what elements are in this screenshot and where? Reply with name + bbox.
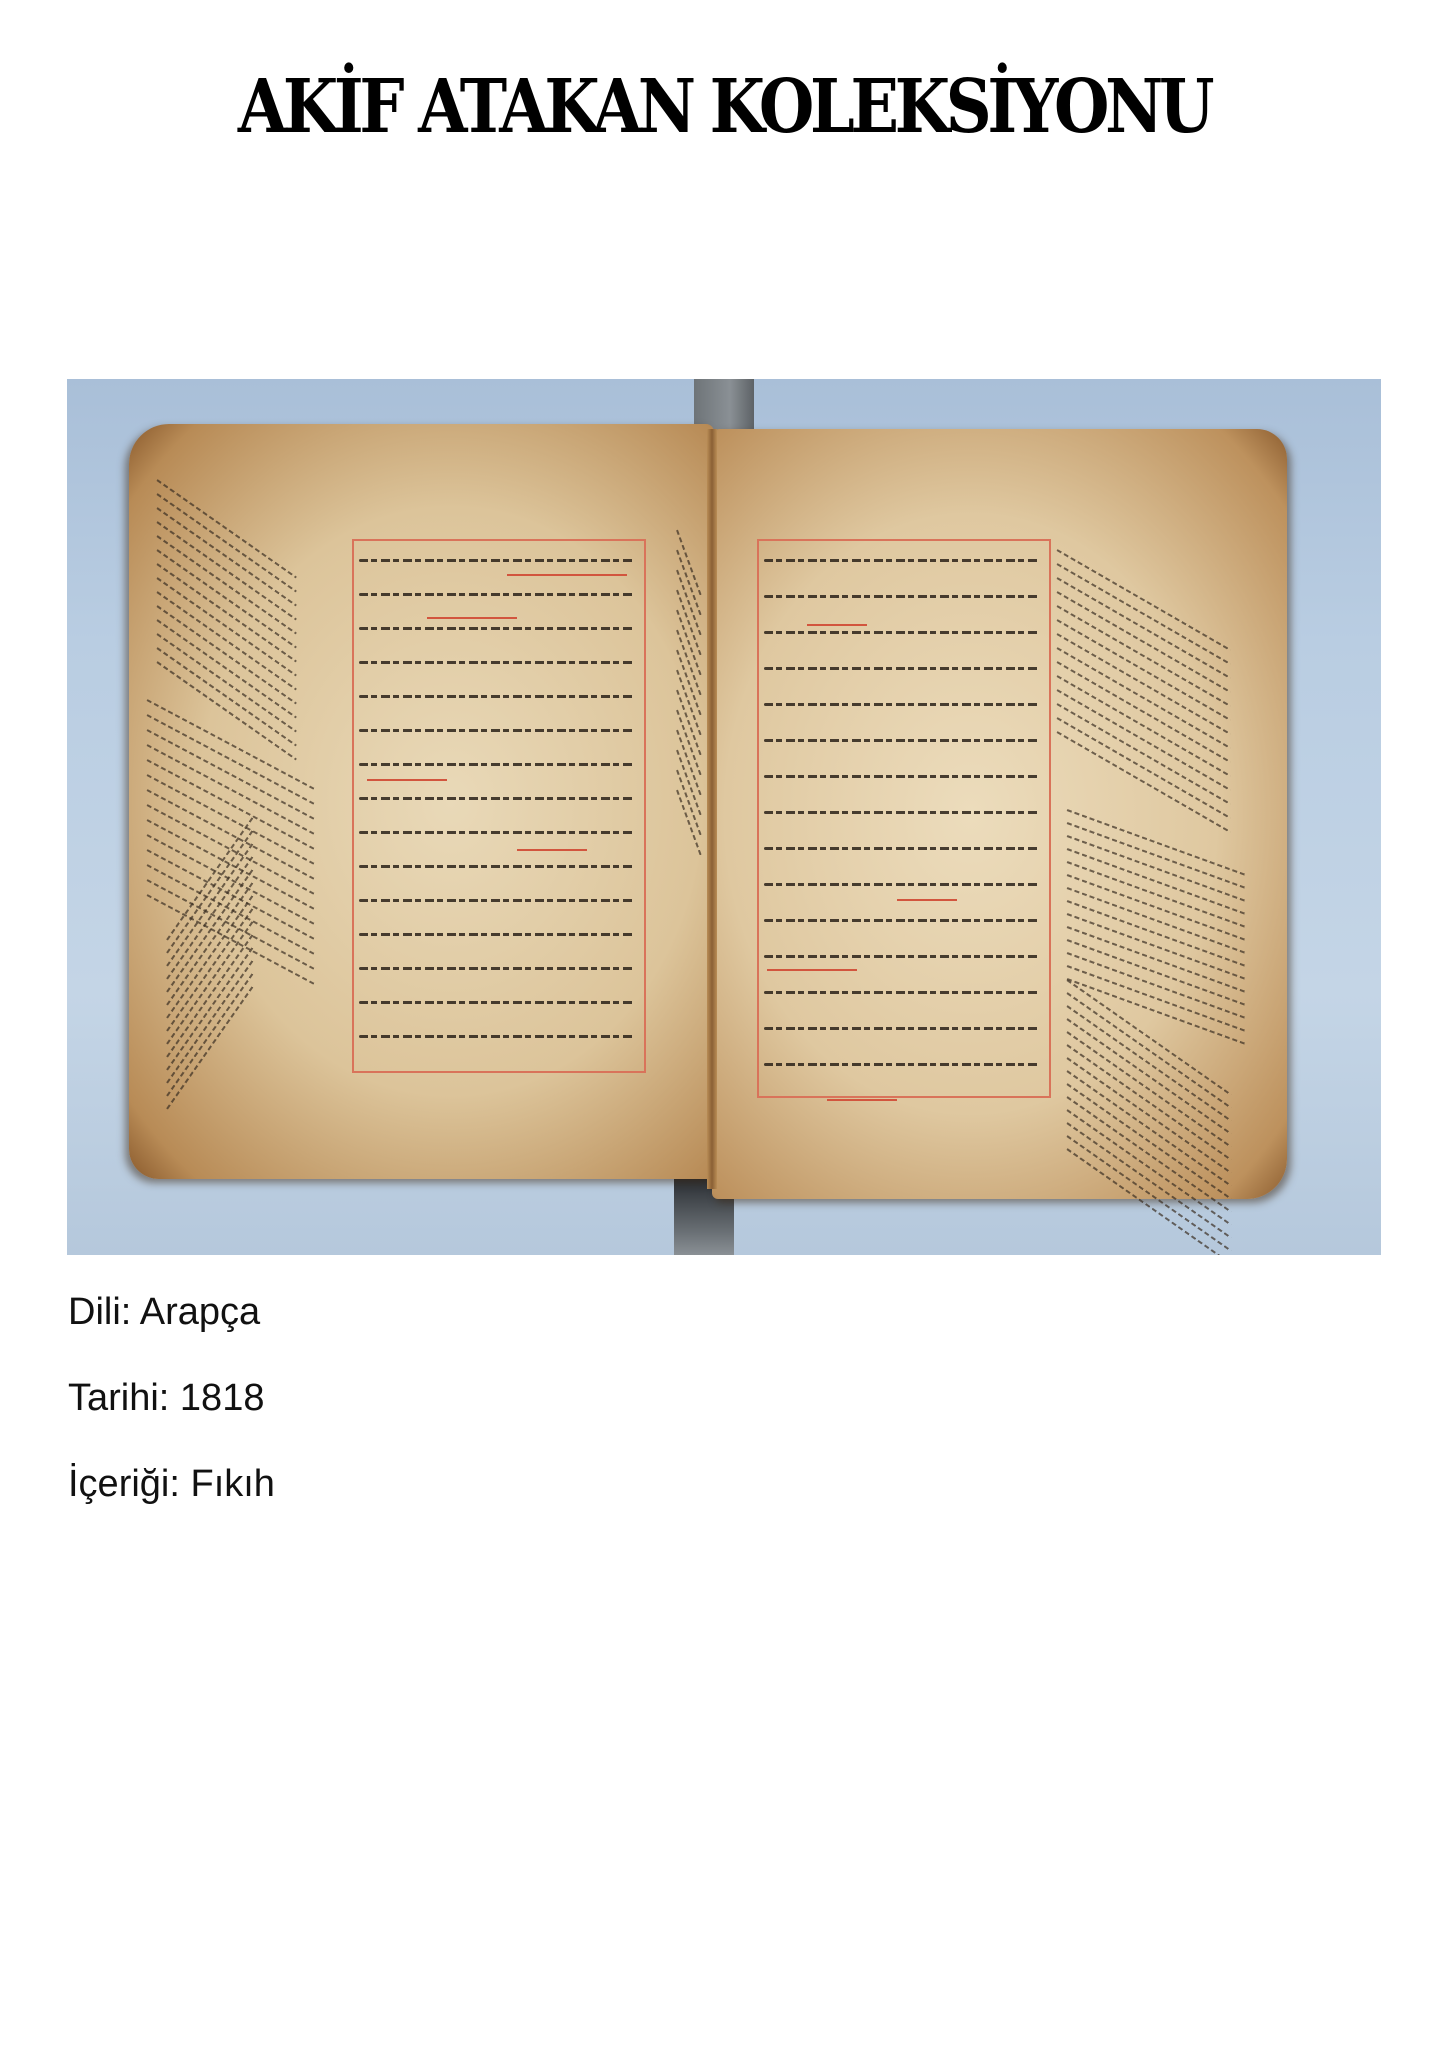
rubric-line xyxy=(507,574,627,576)
right-text-frame xyxy=(757,539,1051,1098)
rubric-line xyxy=(897,899,957,901)
script-line xyxy=(359,933,635,936)
script-line xyxy=(764,775,1040,778)
script-line xyxy=(764,919,1040,922)
rubric-line xyxy=(367,779,447,781)
rubric-line xyxy=(767,969,857,971)
script-line xyxy=(764,847,1040,850)
script-line xyxy=(359,1035,635,1038)
script-line xyxy=(764,991,1040,994)
script-line xyxy=(764,631,1040,634)
script-line xyxy=(359,627,635,630)
script-line xyxy=(764,1027,1040,1030)
script-line xyxy=(764,703,1040,706)
script-line xyxy=(359,695,635,698)
content-field: İçeriği: Fıkıh xyxy=(68,1465,275,1503)
page-title: AKİF ATAKAN KOLEKSİYONU xyxy=(101,70,1346,144)
script-line xyxy=(359,593,635,596)
script-line xyxy=(359,661,635,664)
rubric-line xyxy=(827,1099,897,1101)
date-field: Tarihi: 1818 xyxy=(68,1379,264,1417)
script-line xyxy=(359,831,635,834)
script-line xyxy=(764,559,1040,562)
script-line xyxy=(764,955,1040,958)
script-line xyxy=(764,667,1040,670)
script-line xyxy=(764,811,1040,814)
script-line xyxy=(764,739,1040,742)
script-line xyxy=(359,729,635,732)
rubric-line xyxy=(807,624,867,626)
script-line xyxy=(359,763,635,766)
script-line xyxy=(359,899,635,902)
rubric-line xyxy=(427,617,517,619)
script-line xyxy=(764,883,1040,886)
language-field: Dili: Arapça xyxy=(68,1293,260,1331)
manuscript-photo xyxy=(67,379,1381,1255)
script-line xyxy=(359,797,635,800)
script-line xyxy=(764,1063,1040,1066)
rubric-line xyxy=(517,849,587,851)
script-line xyxy=(359,967,635,970)
manuscript-gutter xyxy=(707,429,717,1189)
left-text-frame xyxy=(352,539,646,1073)
script-line xyxy=(359,865,635,868)
script-line xyxy=(359,559,635,562)
script-line xyxy=(764,595,1040,598)
script-line xyxy=(359,1001,635,1004)
